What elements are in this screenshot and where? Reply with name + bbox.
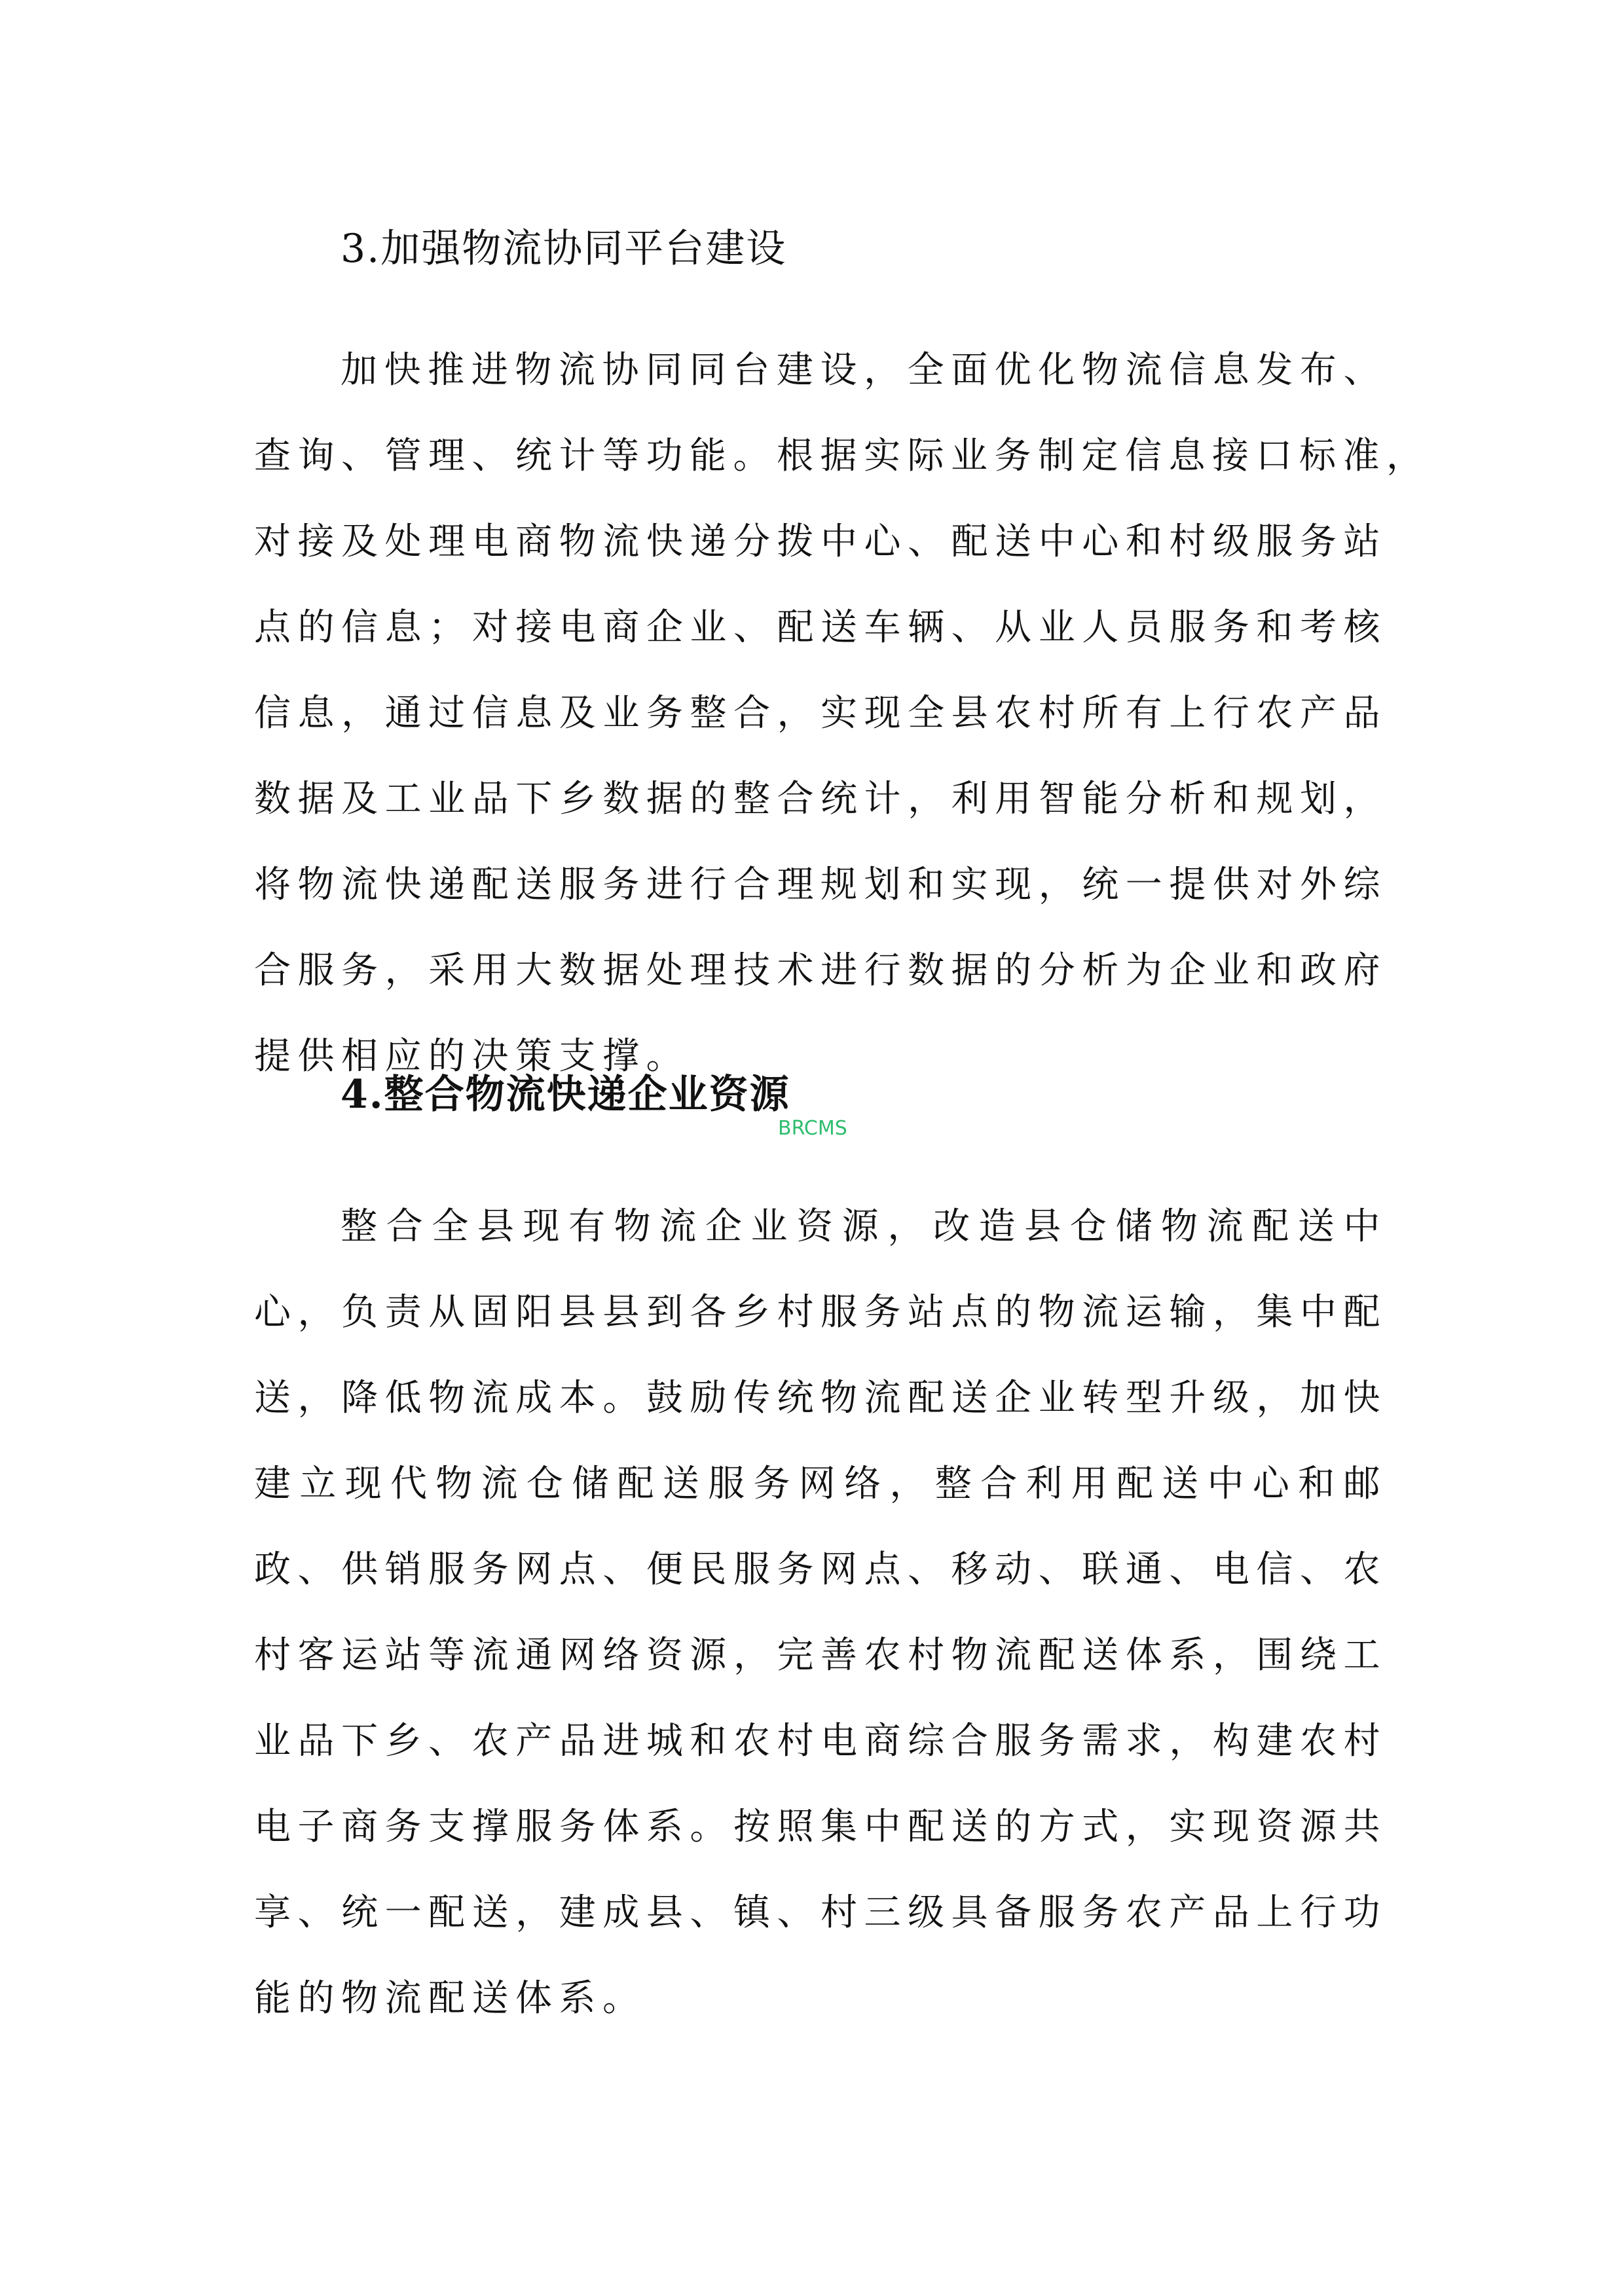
watermark-label: BRCMS: [778, 1118, 847, 1139]
paragraph-line: 送，降低物流成本。鼓励传统物流配送企业转型升级，加快: [254, 1355, 1387, 1441]
paragraph-line: 业品下乡、农产品进城和农村电商综合服务需求，构建农村: [254, 1698, 1387, 1784]
paragraph-line: 点的信息；对接电商企业、配送车辆、从业人员服务和考核: [254, 585, 1387, 670]
paragraph-line: 将物流快递配送服务进行合理规划和实现，统一提供对外综: [254, 842, 1387, 928]
section-paragraph-4: 整合全县现有物流企业资源，改造县仓储物流配送中 心，负责从固阳县县到各乡村服务站…: [254, 1184, 1387, 2041]
paragraph-line: 电子商务支撑服务体系。按照集中配送的方式，实现资源共: [254, 1784, 1387, 1870]
paragraph-line: 能的物流配送体系。: [254, 1956, 1387, 2041]
paragraph-line: 整合全县现有物流企业资源，改造县仓储物流配送中: [254, 1184, 1387, 1269]
section-paragraph-3: 加快推进物流协同同台建设，全面优化物流信息发布、 查询、管理、统计等功能。根据实…: [254, 327, 1387, 1099]
paragraph-line: 建立现代物流仓储配送服务网络，整合利用配送中心和邮: [254, 1441, 1387, 1527]
section-heading-3: 3.加强物流协同平台建设: [341, 220, 786, 278]
paragraph-line: 村客运站等流通网络资源，完善农村物流配送体系，围绕工: [254, 1613, 1387, 1698]
document-page: 3.加强物流协同平台建设 加快推进物流协同同台建设，全面优化物流信息发布、 查询…: [0, 0, 1624, 2296]
paragraph-line: 政、供销服务网点、便民服务网点、移动、联通、电信、农: [254, 1527, 1387, 1613]
paragraph-line: 对接及处理电商物流快递分拨中心、配送中心和村级服务站: [254, 499, 1387, 585]
paragraph-line: 合服务，采用大数据处理技术进行数据的分析为企业和政府: [254, 928, 1387, 1013]
paragraph-line: 享、统一配送，建成县、镇、村三级具备服务农产品上行功: [254, 1870, 1387, 1956]
paragraph-line: 数据及工业品下乡数据的整合统计，利用智能分析和规划，: [254, 756, 1387, 842]
section-heading-4: 4.整合物流快递企业资源: [341, 1066, 790, 1123]
paragraph-line: 查询、管理、统计等功能。根据实际业务制定信息接口标准，: [254, 413, 1387, 499]
paragraph-line: 加快推进物流协同同台建设，全面优化物流信息发布、: [254, 327, 1387, 413]
paragraph-line: 信息，通过信息及业务整合，实现全县农村所有上行农产品: [254, 670, 1387, 756]
paragraph-line: 心，负责从固阳县县到各乡村服务站点的物流运输，集中配: [254, 1269, 1387, 1355]
